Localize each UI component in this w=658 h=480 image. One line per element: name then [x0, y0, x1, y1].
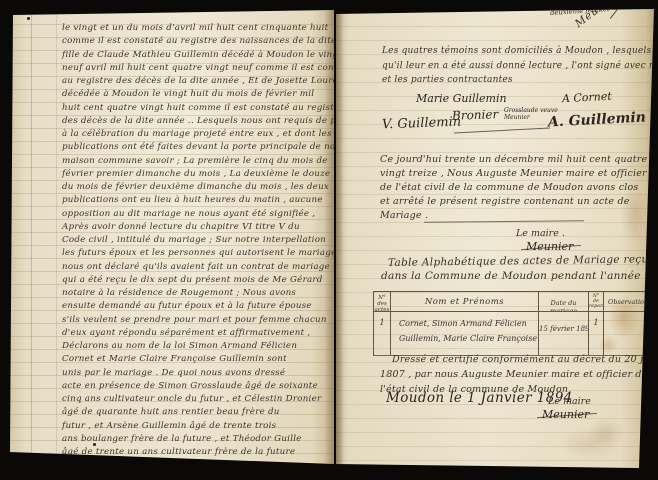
signature-line: Grosslaude veuve: [504, 107, 558, 114]
handwriting-line: Les quatres témoins sont domiciliés à Mo…: [382, 44, 658, 59]
handwriting-line: le vingt et un du mois d'avril mil huit …: [62, 22, 334, 35]
paper-stain: [586, 418, 626, 448]
cell-report-number: 1: [589, 312, 604, 355]
gutter-shadow: [336, 4, 344, 470]
register-left-page: le vingt et un du mois d'avril mil huit …: [10, 6, 334, 464]
signature-flourish: [454, 127, 550, 133]
handwriting-line: qui a été reçu le dix sept du présent mo…: [62, 274, 334, 287]
col-header-report: N° de report: [589, 292, 604, 312]
handwriting-line: ans boulanger frère de la future , et Th…: [62, 433, 334, 446]
handwriting-line: dans la Commune de Moudon pendant l'anné…: [381, 269, 658, 284]
register-closing-paragraph: Ce jourd'hui trente un décembre mil huit…: [380, 153, 658, 223]
groom-name: Cornet, Simon Armand Félicien: [399, 316, 538, 331]
handwriting-line: de l'état civil de la commune de Moudon …: [380, 181, 658, 195]
handwriting-line: publications ont été faites devant la po…: [62, 141, 334, 154]
handwriting-line: décédée à Moudon le vingt huit du mois d…: [62, 88, 334, 101]
handwriting-line: Cornet et Marie Claire Françoise Guillem…: [62, 353, 334, 366]
handwriting-line: âgé de quarante huit ans rentier beau fr…: [62, 406, 334, 419]
date-place-line: Moudon le 1 Janvier 1894: [386, 390, 573, 406]
signature-a-cornet: A Cornet: [562, 90, 612, 106]
handwriting-line: s'ils veulent se prendre pour mari et po…: [62, 314, 334, 327]
witness-paragraph: Les quatres témoins sont domiciliés à Mo…: [382, 44, 658, 88]
ink-speck: [27, 17, 30, 20]
handwriting-line: acte en présence de Simon Grosslaude âgé…: [62, 380, 334, 393]
handwriting-line: âgé de trente un ans cultivateur frère d…: [62, 446, 334, 459]
handwriting-line: Après avoir donné lecture du chapitre VI…: [62, 221, 334, 234]
cell-observations: [604, 312, 658, 355]
handwriting-line: futur , et Arsène Guillemin âgé de trent…: [62, 420, 334, 433]
marginal-signature: Meunier: [573, 4, 622, 30]
handwriting-line: au registre des décès de la dite année ,…: [62, 75, 334, 88]
signature-witness: V. Guillemin: [382, 115, 462, 133]
handwriting-line: d'eux ayant répondu séparément et affirm…: [62, 327, 334, 340]
handwriting-line: les futurs époux et les personnes qui au…: [62, 247, 334, 260]
col-header-names: Nom et Prénoms: [391, 292, 539, 312]
handwriting-line: publications ont eu lieu à huit heures d…: [62, 194, 334, 207]
handwriting-line: et arrêté le présent registre contenant …: [380, 195, 658, 209]
mayor-title: Le maire: [548, 396, 591, 407]
handwriting-line: opposition au dit mariage ne nous ayant …: [62, 208, 334, 221]
handwriting-line: Code civil , intitulé du mariage ; Sur n…: [62, 234, 334, 247]
handwriting-line: maison commune savoir ; La première le c…: [62, 155, 334, 168]
handwriting-line: et les parties contractantes: [382, 73, 658, 88]
cell-names: Cornet, Simon Armand Félicien Guillemin,…: [391, 312, 539, 355]
handwriting-line: du mois de février deuxième dimanche du …: [62, 181, 334, 194]
mayor-signature: Meunier: [542, 408, 589, 421]
col-header-act-number: N° des actes: [374, 292, 391, 312]
handwriting-line: Dressé et certifié conformément au décre…: [392, 352, 658, 367]
page-edge-crease: [56, 6, 57, 464]
mayor-signature: Meunier: [526, 240, 573, 253]
handwriting-line: vingt treize , Nous Auguste Meunier mair…: [380, 167, 658, 181]
paper-stain: [558, 428, 620, 460]
handwriting-line: fille de Claude Mathieu Guillemin décédé…: [62, 49, 334, 62]
signature-witness: A. Guillemin: [548, 109, 647, 130]
handwriting-line: à la célébration du mariage projeté entr…: [62, 128, 334, 141]
handwriting-line: des décès de la dite année .. Lesquels n…: [62, 115, 334, 128]
handwriting-line: neuf avril mil huit cent quatre vingt ne…: [62, 62, 334, 75]
handwriting-line: 1807 , par nous Auguste Meunier maire et…: [380, 367, 658, 382]
handwriting-line: nous ont déclaré qu'ils avaient fait un …: [62, 261, 334, 274]
annotation-flourish: [610, 7, 619, 19]
handwriting-line: Ce jourd'hui trente un décembre mil huit…: [380, 153, 658, 167]
handwriting-line: cinq ans cultivateur oncle du futur , et…: [62, 393, 334, 406]
handwriting-line: huit cent quatre vingt huit comme il est…: [62, 102, 334, 115]
marriage-index-table: N° des actes Nom et Prénoms Date du mari…: [373, 291, 658, 356]
page-edge-crease: [31, 6, 32, 464]
handwriting-line: qu'il leur en a été aussi donné lecture …: [382, 59, 658, 74]
signature-marie-guillemin: Marie Guillemin: [416, 92, 507, 105]
cell-marriage-date: 15 février 1893: [539, 312, 589, 355]
handwriting-line: ensuite demandé au futur époux et à la f…: [62, 300, 334, 313]
cell-act-number: 1: [374, 312, 391, 355]
marriage-act-text: le vingt et un du mois d'avril mil huit …: [62, 22, 334, 459]
bride-name: Guillemin, Marie Claire Françoise: [399, 331, 538, 346]
col-header-date: Date du mariage: [539, 292, 589, 312]
register-right-page: deuxième feuillet Meunier Les quatres té…: [336, 4, 658, 470]
mayor-title: Le maire .: [516, 228, 565, 239]
signature-text: Meunier: [526, 240, 573, 253]
handwriting-line: unis par le mariage . De quoi nous avons…: [62, 367, 334, 380]
alphabetical-table-title: Table Alphabétique des actes de Mariage …: [381, 254, 658, 284]
scanned-register-photo: le vingt et un du mois d'avril mil huit …: [0, 0, 658, 480]
handwriting-line: comme il est constaté au registre des na…: [62, 35, 334, 48]
handwriting-line: février premier dimanche du mois , La de…: [62, 168, 334, 181]
handwriting-line: notaire à la résidence de Rougemont ; No…: [62, 287, 334, 300]
signature-text: Meunier: [542, 408, 589, 421]
handwriting-line: Déclarons au nom de la loi Simon Armand …: [62, 340, 334, 353]
col-header-observations: Observations: [604, 292, 658, 312]
